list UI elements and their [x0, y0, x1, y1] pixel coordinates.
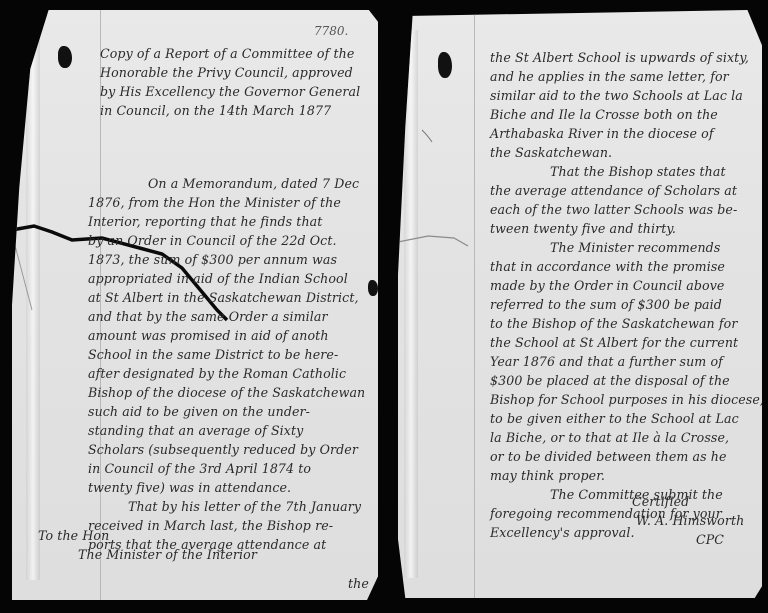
paper-fold — [404, 30, 418, 578]
heading-line: Honorable the Privy Council, approved — [100, 63, 360, 82]
body-line: twenty five) was in attendance. — [88, 478, 365, 497]
body-line: amount was promised in aid of anoth — [88, 326, 365, 345]
address-line: The Minister of the Interior — [38, 545, 257, 564]
heading-line: Copy of a Report of a Committee of the — [100, 44, 360, 63]
body-line: Scholars (subsequently reduced by Order — [88, 440, 365, 459]
body-line: The Minister recommends — [490, 238, 762, 257]
body-line: the School at St Albert for the current — [490, 333, 762, 352]
body-line: in Council of the 3rd April 1874 to — [88, 459, 365, 478]
body-line: the St Albert School is upwards of sixty… — [490, 48, 762, 67]
body-line: Arthabaska River in the diocese of — [490, 124, 762, 143]
body-line: may think proper. — [490, 466, 762, 485]
body-line: that in accordance with the promise — [490, 257, 762, 276]
addressee-block: To the Hon The Minister of the Interior — [38, 526, 257, 564]
body-line: after designated by the Roman Catholic — [88, 364, 365, 383]
heading-line: in Council, on the 14th March 1877 — [100, 101, 360, 120]
body-line: such aid to be given on the under- — [88, 402, 365, 421]
heading-line: by His Excellency the Governor General — [100, 82, 360, 101]
body-line: the Saskatchewan. — [490, 143, 762, 162]
body-line: Bishop for School purposes in his dioces… — [490, 390, 762, 409]
body-line: $300 be placed at the disposal of the — [490, 371, 762, 390]
right-manuscript-page: the St Albert School is upwards of sixty… — [398, 10, 762, 598]
margin-rule — [474, 10, 475, 598]
body-line: standing that an average of Sixty — [88, 421, 365, 440]
body-line: appropriated in aid of the Indian School — [88, 269, 365, 288]
ink-blot — [58, 46, 72, 68]
signatory-title: CPC — [632, 530, 744, 549]
body-line: made by the Order in Council above — [490, 276, 762, 295]
address-line: To the Hon — [38, 526, 257, 545]
body-line: similar aid to the two Schools at Lac la — [490, 86, 762, 105]
body-line: or to be divided between them as he — [490, 447, 762, 466]
ink-blot — [438, 52, 452, 78]
certified-label: Certified — [632, 492, 744, 511]
body-line: and that by the same Order a similar — [88, 307, 365, 326]
body-line: That by his letter of the 7th January — [88, 497, 365, 516]
left-body-text: On a Memorandum, dated 7 Dec 1876, from … — [88, 174, 365, 554]
body-line: and he applies in the same letter, for — [490, 67, 762, 86]
body-line: 1876, from the Hon the Minister of the — [88, 193, 365, 212]
body-line: Year 1876 and that a further sum of — [490, 352, 762, 371]
body-line: That the Bishop states that — [490, 162, 762, 181]
right-body-text: the St Albert School is upwards of sixty… — [490, 48, 762, 542]
body-line: la Biche, or to that at Ile à la Crosse, — [490, 428, 762, 447]
body-line: referred to the sum of $300 be paid — [490, 295, 762, 314]
left-manuscript-page: 7780. Copy of a Report of a Committee of… — [12, 10, 378, 600]
body-line: Biche and Ile la Crosse both on the — [490, 105, 762, 124]
paper-fold — [26, 30, 40, 580]
body-line: to the Bishop of the Saskatchewan for — [490, 314, 762, 333]
body-line: the average attendance of Scholars at — [490, 181, 762, 200]
archive-number: 7780. — [314, 24, 348, 38]
body-line: School in the same District to be here- — [88, 345, 365, 364]
edge-damage — [368, 280, 378, 296]
report-heading: Copy of a Report of a Committee of the H… — [100, 44, 360, 120]
body-line: On a Memorandum, dated 7 Dec — [88, 174, 365, 193]
body-line: 1873, the sum of $300 per annum was — [88, 250, 365, 269]
body-line: tween twenty five and thirty. — [490, 219, 762, 238]
body-line: Interior, reporting that he finds that — [88, 212, 365, 231]
body-line: at St Albert in the Saskatchewan Distric… — [88, 288, 365, 307]
catchword: the — [348, 576, 369, 591]
certification-signature: Certified W. A. Himsworth CPC — [632, 492, 744, 549]
body-line: to be given either to the School at Lac — [490, 409, 762, 428]
body-line: each of the two latter Schools was be- — [490, 200, 762, 219]
body-line: by an Order in Council of the 22d Oct. — [88, 231, 365, 250]
signatory-name: W. A. Himsworth — [632, 511, 744, 530]
body-line: Bishop of the diocese of the Saskatchewa… — [88, 383, 365, 402]
